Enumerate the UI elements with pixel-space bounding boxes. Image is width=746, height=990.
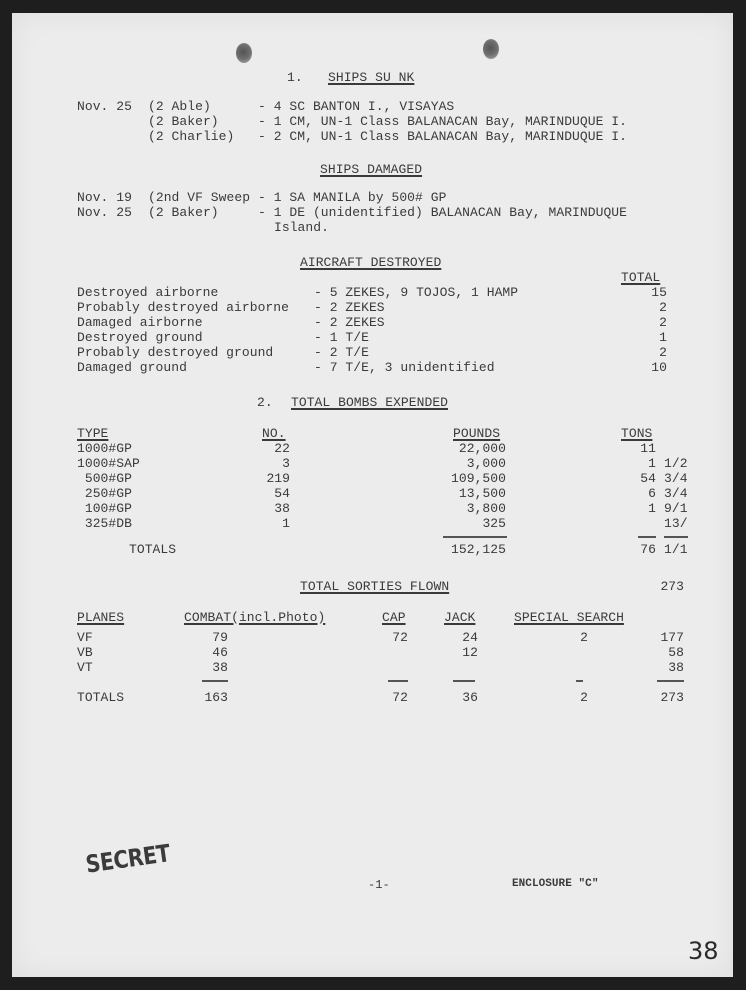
handwritten-page-number: 38 [688,937,719,965]
bombs-total-tons-fraction: 1/16 [664,542,688,557]
sorties-header-special-search: SPECIAL SEARCH [514,610,624,625]
punch-hole-right [483,39,499,59]
sorties-jack: 24 [442,630,478,645]
page-marker: -1- [368,878,390,893]
bomb-type: 250#GP [77,486,132,501]
sorties-plane: VT [77,660,93,675]
sorties-total-jack: 36 [442,690,478,705]
ships-damaged-desc: - 1 SA MANILA by 500# GP [258,190,446,205]
ships-sunk-strike: (2 Able) [148,99,211,114]
sorties-combat: 38 [192,660,228,675]
bomb-tons-fraction: 9/10 [664,501,688,516]
bomb-pounds: 13,500 [432,486,506,501]
tons-fraction-total-rule [664,536,688,538]
sorties-totals-label: TOTALS [77,690,124,705]
sorties-header-cap: CAP [382,610,406,625]
section-2-number: 2. [257,395,273,410]
sorties-title: TOTAL SORTIES FLOWN [300,579,449,594]
jack-total-rule [453,680,475,682]
aircraft-total: 2 [622,345,667,360]
aircraft-desc: - 1 T/E [314,330,369,345]
bombs-totals-label: TOTALS [129,542,176,557]
pounds-total-rule [443,536,507,538]
sorties-total-combat: 163 [192,690,228,705]
aircraft-label: Probably destroyed airborne [77,300,289,315]
grand-total-rule [657,680,684,682]
sorties-cap: 72 [372,630,408,645]
ships-damaged-date: Nov. 25 [77,205,132,220]
sorties-total-special: 2 [552,690,588,705]
aircraft-label: Damaged airborne [77,315,203,330]
aircraft-label: Damaged ground [77,360,187,375]
ships-damaged-date: Nov. 19 [77,190,132,205]
aircraft-desc: - 2 T/E [314,345,369,360]
aircraft-total: 2 [622,300,667,315]
ships-damaged-desc: - 1 DE (unidentified) BALANACAN Bay, MAR… [258,205,627,220]
punch-hole-left [236,43,252,63]
sorties-plane: VF [77,630,93,645]
ships-sunk-date: Nov. 25 [77,99,132,114]
sorties-combat: 46 [192,645,228,660]
bombs-header-tons: TONS [621,426,652,441]
bomb-no: 54 [242,486,290,501]
special-total-rule [576,680,583,682]
sorties-jack: 12 [442,645,478,660]
bomb-no: 219 [242,471,290,486]
sorties-plane: VB [77,645,93,660]
sorties-combat: 79 [192,630,228,645]
sorties-header-planes: PLANES [77,610,124,625]
bomb-type: 1000#SAP [77,456,140,471]
bomb-no: 3 [242,456,290,471]
enclosure-label: ENCLOSURE "C" [512,877,598,892]
ships-damaged-strike: (2nd VF Sweep [148,190,250,205]
section-2-title: TOTAL BOMBS EXPENDED [291,395,448,410]
aircraft-label: Probably destroyed ground [77,345,273,360]
tons-total-rule [638,536,656,538]
bomb-tons-fraction: 3/4 [664,471,688,486]
aircraft-desc: - 7 T/E, 3 unidentified [314,360,495,375]
bomb-tons-fraction: 3/4 [664,486,688,501]
sorties-special: 2 [552,630,588,645]
section-1-title: SHIPS SU NK [328,70,414,85]
aircraft-total: 1 [622,330,667,345]
bombs-header-no: NO. [262,426,286,441]
bomb-type: 325#DB [77,516,132,531]
cap-total-rule [388,680,408,682]
bomb-pounds: 3,000 [432,456,506,471]
ships-sunk-strike: (2 Baker) [148,114,219,129]
secret-stamp: SECRET [84,839,172,879]
sorties-total: 273 [642,579,684,594]
sorties-header-jack: JACK [444,610,475,625]
bomb-tons: 1 [622,501,656,516]
ships-damaged-title: SHIPS DAMAGED [320,162,422,177]
aircraft-desc: - 2 ZEKES [314,300,385,315]
bomb-no: 38 [242,501,290,516]
aircraft-destroyed-title: AIRCRAFT DESTROYED [300,255,441,270]
bombs-header-type: TYPE [77,426,108,441]
aircraft-total: 10 [622,360,667,375]
ships-sunk-desc: - 1 CM, UN-1 Class BALANACAN Bay, MARIND… [258,114,627,129]
sorties-row-total: 177 [642,630,684,645]
bomb-tons-fraction: 13/80 [664,516,688,531]
bomb-tons: 1 [622,456,656,471]
bombs-header-pounds: POUNDS [453,426,500,441]
ships-sunk-desc: - 4 SC BANTON I., VISAYAS [258,99,454,114]
bomb-pounds: 22,000 [432,441,506,456]
section-1-number: 1. [287,70,303,85]
bomb-tons: 54 [622,471,656,486]
sorties-total-cap: 72 [372,690,408,705]
aircraft-label: Destroyed airborne [77,285,218,300]
bomb-no: 22 [242,441,290,456]
sorties-grand-total: 273 [642,690,684,705]
ships-damaged-desc-cont: Island. [274,220,329,235]
bomb-tons: 11 [622,441,656,456]
bomb-tons: 6 [622,486,656,501]
bomb-tons-fraction: 1/2 [664,456,688,471]
bomb-type: 100#GP [77,501,132,516]
bomb-pounds: 3,800 [432,501,506,516]
bomb-pounds: 109,500 [432,471,506,486]
bomb-type: 500#GP [77,471,132,486]
bomb-no: 1 [242,516,290,531]
sorties-row-total: 38 [642,660,684,675]
ships-sunk-strike: (2 Charlie) [148,129,234,144]
aircraft-label: Destroyed ground [77,330,203,345]
aircraft-total: 15 [622,285,667,300]
aircraft-total-header: TOTAL [621,270,660,285]
sorties-row-total: 58 [642,645,684,660]
ships-damaged-strike: (2 Baker) [148,205,219,220]
aircraft-total: 2 [622,315,667,330]
document-page: 1. SHIPS SU NK Nov. 25 (2 Able) - 4 SC B… [12,13,733,977]
bomb-pounds: 325 [432,516,506,531]
aircraft-desc: - 5 ZEKES, 9 TOJOS, 1 HAMP [314,285,518,300]
sorties-header-combat: COMBAT(incl.Photo) [184,610,325,625]
aircraft-desc: - 2 ZEKES [314,315,385,330]
combat-total-rule [202,680,228,682]
bombs-total-pounds: 152,125 [432,542,506,557]
bombs-total-tons: 76 [622,542,656,557]
ships-sunk-desc: - 2 CM, UN-1 Class BALANACAN Bay, MARIND… [258,129,627,144]
bomb-type: 1000#GP [77,441,132,456]
